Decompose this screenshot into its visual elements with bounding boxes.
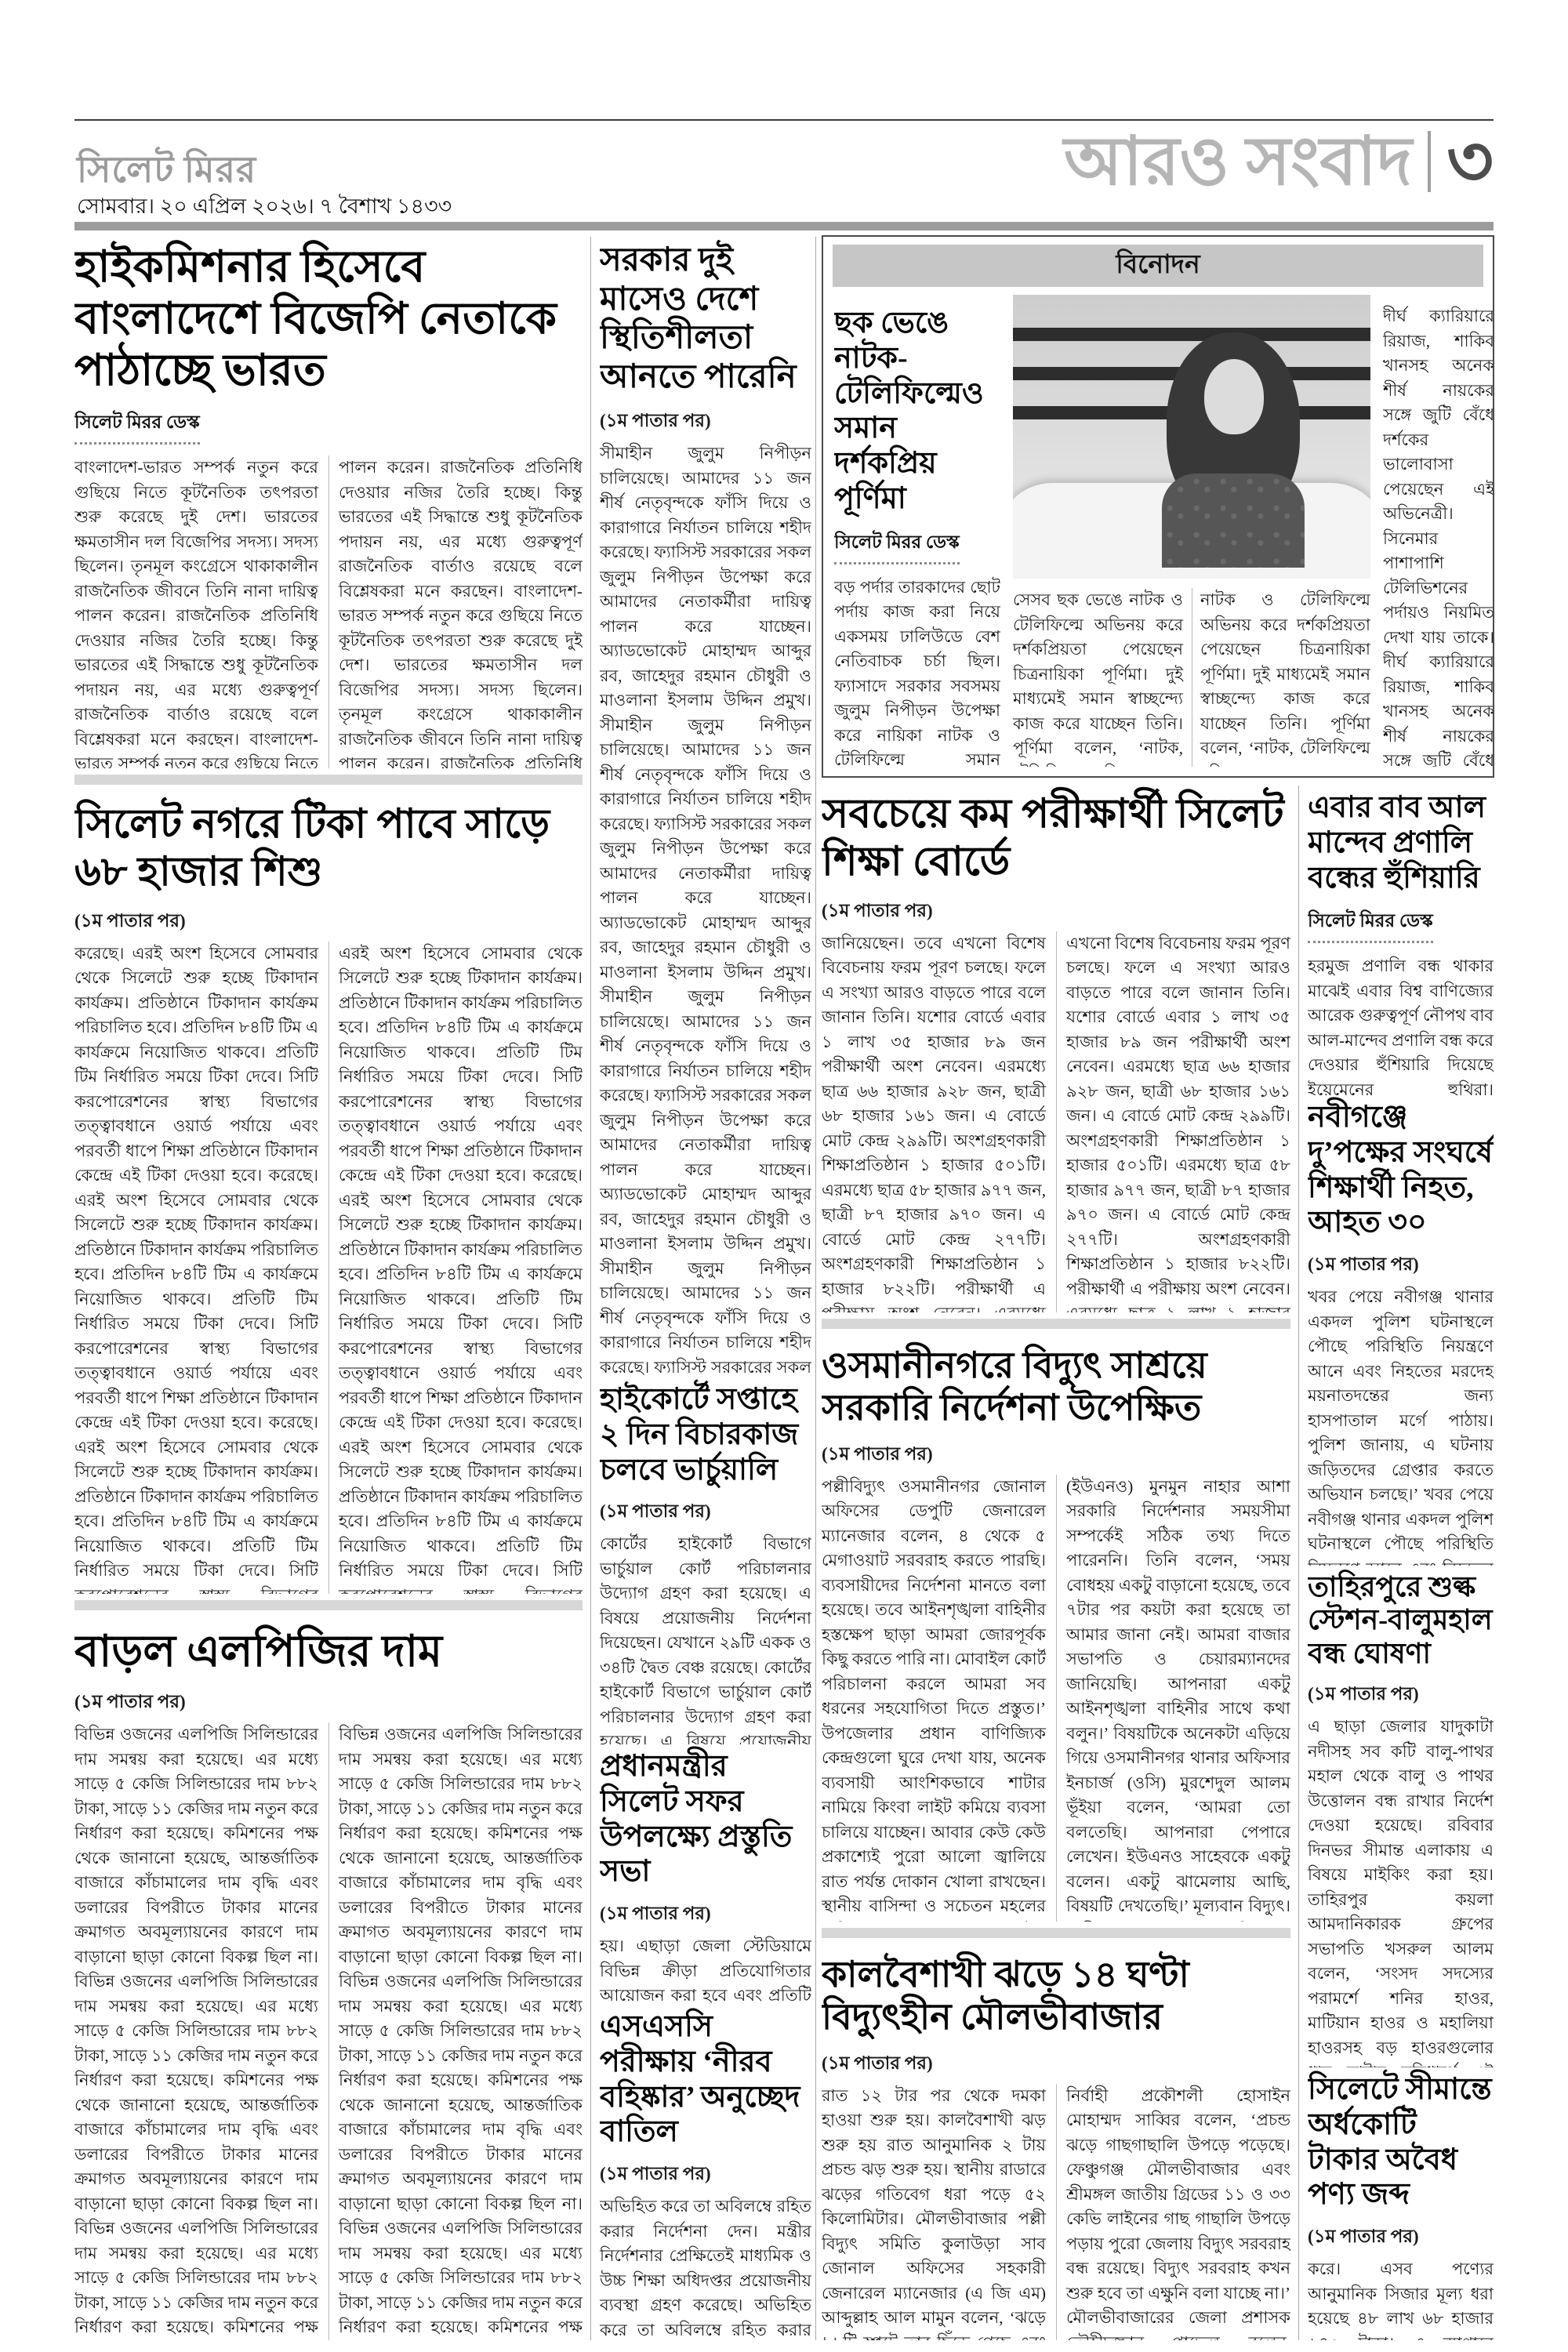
article-nabiganj: নবীগঞ্জে দু’পক্ষের সংঘর্ষে শিক্ষার্থী নি… — [1308, 1095, 1494, 1566]
page-number: ৩ — [1446, 125, 1494, 198]
masthead-top-rule — [74, 119, 1494, 121]
article-tika-body: করেছে। এরই অংশ হিসেবে সোমবার থেকে সিলেটে… — [74, 942, 583, 1594]
article-tahirpur-body: এ ছাড়া জেলার যাদুকাটা নদীসহ সব কটি বালু… — [1308, 1715, 1494, 2067]
newspaper-page: সিলেট মিরর সোমবার। ২০ এপ্রিল ২০২৬। ৭ বৈশ… — [0, 0, 1568, 2352]
article-tika-headline: সিলেট নগরে টিকা পাবে সাড়ে ৬৮ হাজার শিশু — [74, 800, 583, 897]
section-title: আরও সংবাদ — [1064, 128, 1412, 195]
article-sarkar-headline: সরকার দুই মাসেও দেশে স্থিতিশীলতা আনতে পা… — [600, 241, 811, 397]
article-binodon-headline: ছক ভেঙে নাটক-টেলিফিল্মেও সমান দর্শকপ্রিয… — [834, 306, 1000, 517]
article-lpg-body: বিভিন্ন ওজনের এলপিজি সিলিন্ডারের দাম সমন… — [74, 1722, 583, 2340]
masthead-divider — [1428, 131, 1431, 192]
continued-from-page1: (১ম পাতার পর) — [600, 1497, 811, 1527]
article-binodon-body-right: দীর্ঘ ক্যারিয়ারে রিয়াজ, শাকিব খানসহ অন… — [1383, 304, 1493, 767]
article-osmani-body: পল্লীবিদ্যুৎ ওসমানীনগর জোনাল অফিসের ডেপু… — [822, 1475, 1290, 1922]
column-rule — [815, 237, 816, 2340]
continued-from-page1: (১ম পাতার পর) — [1308, 2222, 1494, 2252]
entertainment-section-header: বিনোদন — [833, 245, 1483, 287]
article-ssc-body: অভিহিত করে তা অবিলম্বে রহিত করার নির্দেশ… — [600, 2194, 811, 2340]
left-column: হাইকমিশনার হিসেবে বাংলাদেশে বিজেপি নেতাক… — [74, 237, 583, 2340]
article-bjp-body: বাংলাদেশ-ভারত সম্পর্ক নতুন করে গুছিয়ে ন… — [74, 456, 583, 768]
section-separator — [74, 775, 583, 785]
masthead-gray-band — [74, 222, 1494, 230]
article-binodon-body: বড় পর্দার তারকাদের ছোট পর্দায় কাজ করা … — [834, 575, 1000, 767]
section-separator — [74, 1600, 583, 1610]
entertainment-middle-cell: সেসব ছক ভেঙে নাটক ও টেলিফিল্মে অভিনয় কর… — [1013, 295, 1370, 767]
article-highcourt: হাইকোর্টে সপ্তাহে ২ দিন বিচারকাজ চলবে ভা… — [600, 1377, 811, 1744]
continued-from-page1: (১ম পাতার পর) — [1308, 1679, 1494, 1710]
column-rule — [590, 237, 591, 2340]
dateline: সোমবার। ২০ এপ্রিল ২০২৬। ৭ বৈশাখ ১৪৩৩ — [77, 191, 452, 226]
middle-column: সরকার দুই মাসেও দেশে স্থিতিশীলতা আনতে পা… — [600, 237, 811, 2340]
article-bab-al-mandeb-body: হরমুজ প্রণালি বন্ধ থাকার মাঝেই এবার বিশ্… — [1308, 954, 1494, 1095]
article-osmani-headline: ওসমানীনগরে বিদ্যুৎ সাশ্রয়ে সরকারি নির্দ… — [822, 1345, 1290, 1430]
entertainment-right-cell: দীর্ঘ ক্যারিয়ারে রিয়াজ, শাকিব খানসহ অন… — [1383, 295, 1493, 767]
middle-right-column: সবচেয়ে কম পরীক্ষার্থী সিলেট শিক্ষা বোর্… — [822, 786, 1290, 2340]
article-kalboishakhi-headline: কালবৈশাখী ঝড়ে ১৪ ঘণ্টা বিদ্যুৎহীন মৌলভী… — [822, 1954, 1290, 2039]
article-tahirpur: তাহিরপুরে শুল্ক স্টেশন-বালুমহাল বন্ধ ঘোষ… — [1308, 1566, 1494, 2067]
continued-from-page1: (১ম পাতার পর) — [600, 2159, 811, 2190]
entertainment-grid: ছক ভেঙে নাটক-টেলিফিল্মেও সমান দর্শকপ্রিয… — [823, 293, 1493, 776]
continued-from-page1: (১ম পাতার পর) — [74, 906, 583, 937]
article-lpg-headline: বাড়ল এলপিজির দাম — [74, 1626, 583, 1678]
continued-from-page1: (১ম পাতার পর) — [600, 1899, 811, 1929]
purnima-photo — [1013, 295, 1370, 579]
article-osmani: ওসমানীনগরে বিদ্যুৎ সাশ্রয়ে সরকারি নির্দ… — [822, 1340, 1290, 1922]
dress-shape — [1162, 474, 1305, 568]
article-ssc: এসএসসি পরীক্ষায় ‘নীরব বহিষ্কার’ অনুচ্ছে… — [600, 2005, 811, 2340]
article-pm-visit-body: হয়। এছাড়া জেলা স্টেডিয়ামে বিভিন্ন ক্র… — [600, 1934, 811, 2005]
article-nabiganj-headline: নবীগঞ্জে দু’পক্ষের সংঘর্ষে শিক্ষার্থী নি… — [1308, 1100, 1494, 1240]
article-kalboishakhi: কালবৈশাখী ঝড়ে ১৪ ঘণ্টা বিদ্যুৎহীন মৌলভী… — [822, 1949, 1290, 2340]
article-boards: সবচেয়ে কম পরীক্ষার্থী সিলেট শিক্ষা বোর্… — [822, 786, 1290, 1312]
article-bab-al-mandeb: এবার বাব আল মান্দেব প্রণালি বন্ধের হুঁশি… — [1308, 786, 1494, 1095]
article-binodon-byline: সিলেট মিরর ডেস্ক — [834, 528, 960, 564]
article-bjp-headline: হাইকমিশনার হিসেবে বাংলাদেশে বিজেপি নেতাক… — [74, 241, 583, 397]
article-bjp-byline: সিলেট মিরর ডেস্ক — [74, 408, 200, 445]
article-highcourt-body: কোর্টের হাইকোর্ট বিভাগে ভার্চুয়াল কোর্ট… — [600, 1532, 811, 1744]
article-lpg: বাড়ল এলপিজির দাম (১ম পাতার পর) বিভিন্ন … — [74, 1621, 583, 2340]
masthead-right: আরও সংবাদ ৩ — [1064, 125, 1494, 198]
article-highcourt-headline: হাইকোর্টে সপ্তাহে ২ দিন বিচারকাজ চলবে ভা… — [600, 1382, 811, 1487]
article-seized: সিলেটে সীমান্তে অর্ধকোটি টাকার অবৈধ পণ্য… — [1308, 2067, 1494, 2340]
continued-from-page1: (১ম পাতার পর) — [1308, 1250, 1494, 1280]
article-kalboishakhi-body: রাত ১২ টার পর থেকে দমকা হাওয়া শুরু হয়।… — [822, 2084, 1290, 2340]
section-separator — [822, 1319, 1290, 1329]
article-tika: সিলেট নগরে টিকা পাবে সাড়ে ৬৮ হাজার শিশু… — [74, 796, 583, 1594]
column-rule — [1298, 786, 1299, 2340]
actress-figure — [1159, 332, 1308, 568]
article-sarkar-body: সীমাহীন জুলুম নিপীড়ন চালিয়েছে। আমাদের … — [600, 441, 811, 1377]
article-pm-visit-headline: প্রধানমন্ত্রীর সিলেট সফর উপলক্ষ্যে প্রস্… — [600, 1749, 811, 1889]
article-boards-body: জানিয়েছেন। তবে এখনো বিশেষ বিবেচনায় ফরম… — [822, 931, 1290, 1312]
article-pm-visit: প্রধানমন্ত্রীর সিলেট সফর উপলক্ষ্যে প্রস্… — [600, 1744, 811, 2005]
continued-from-page1: (১ম পাতার পর) — [74, 1687, 583, 1718]
continued-from-page1: (১ম পাতার পর) — [822, 896, 1290, 927]
article-nabiganj-body: খবর পেয়ে নবীগঞ্জ থানার একদল পুলিশ ঘটনাস… — [1308, 1285, 1494, 1566]
entertainment-box: বিনোদন ছক ভেঙে নাটক-টেলিফিল্মেও সমান দর্… — [822, 235, 1494, 778]
article-seized-headline: সিলেটে সীমান্তে অর্ধকোটি টাকার অবৈধ পণ্য… — [1308, 2072, 1494, 2212]
continued-from-page1: (১ম পাতার পর) — [822, 1439, 1290, 1470]
article-seized-body: করে। এসব পণ্যের আনুমানিক সিজার মূল্য ধরা… — [1308, 2257, 1494, 2340]
article-binodon-body-mid: সেসব ছক ভেঙে নাটক ও টেলিফিল্মে অভিনয় কর… — [1013, 588, 1370, 767]
face-shape — [1204, 359, 1264, 434]
article-boards-headline: সবচেয়ে কম পরীক্ষার্থী সিলেট শিক্ষা বোর্… — [822, 790, 1290, 887]
section-separator — [822, 1928, 1290, 1938]
article-ssc-headline: এসএসসি পরীক্ষায় ‘নীরব বহিষ্কার’ অনুচ্ছে… — [600, 2009, 811, 2150]
article-bab-al-mandeb-headline: এবার বাব আল মান্দেব প্রণালি বন্ধের হুঁশি… — [1308, 790, 1494, 895]
article-bab-al-mandeb-byline: সিলেট মিরর ডেস্ক — [1308, 906, 1433, 943]
article-bjp: হাইকমিশনার হিসেবে বাংলাদেশে বিজেপি নেতাক… — [74, 237, 583, 768]
continued-from-page1: (১ম পাতার পর) — [822, 2049, 1290, 2079]
article-tahirpur-headline: তাহিরপুরে শুল্ক স্টেশন-বালুমহাল বন্ধ ঘোষ… — [1308, 1570, 1494, 1670]
right-column: এবার বাব আল মান্দেব প্রণালি বন্ধের হুঁশি… — [1308, 786, 1494, 2340]
article-sarkar: সরকার দুই মাসেও দেশে স্থিতিশীলতা আনতে পা… — [600, 237, 811, 1377]
entertainment-left-cell: ছক ভেঙে নাটক-টেলিফিল্মেও সমান দর্শকপ্রিয… — [834, 295, 1000, 767]
continued-from-page1: (১ম পাতার পর) — [600, 406, 811, 437]
